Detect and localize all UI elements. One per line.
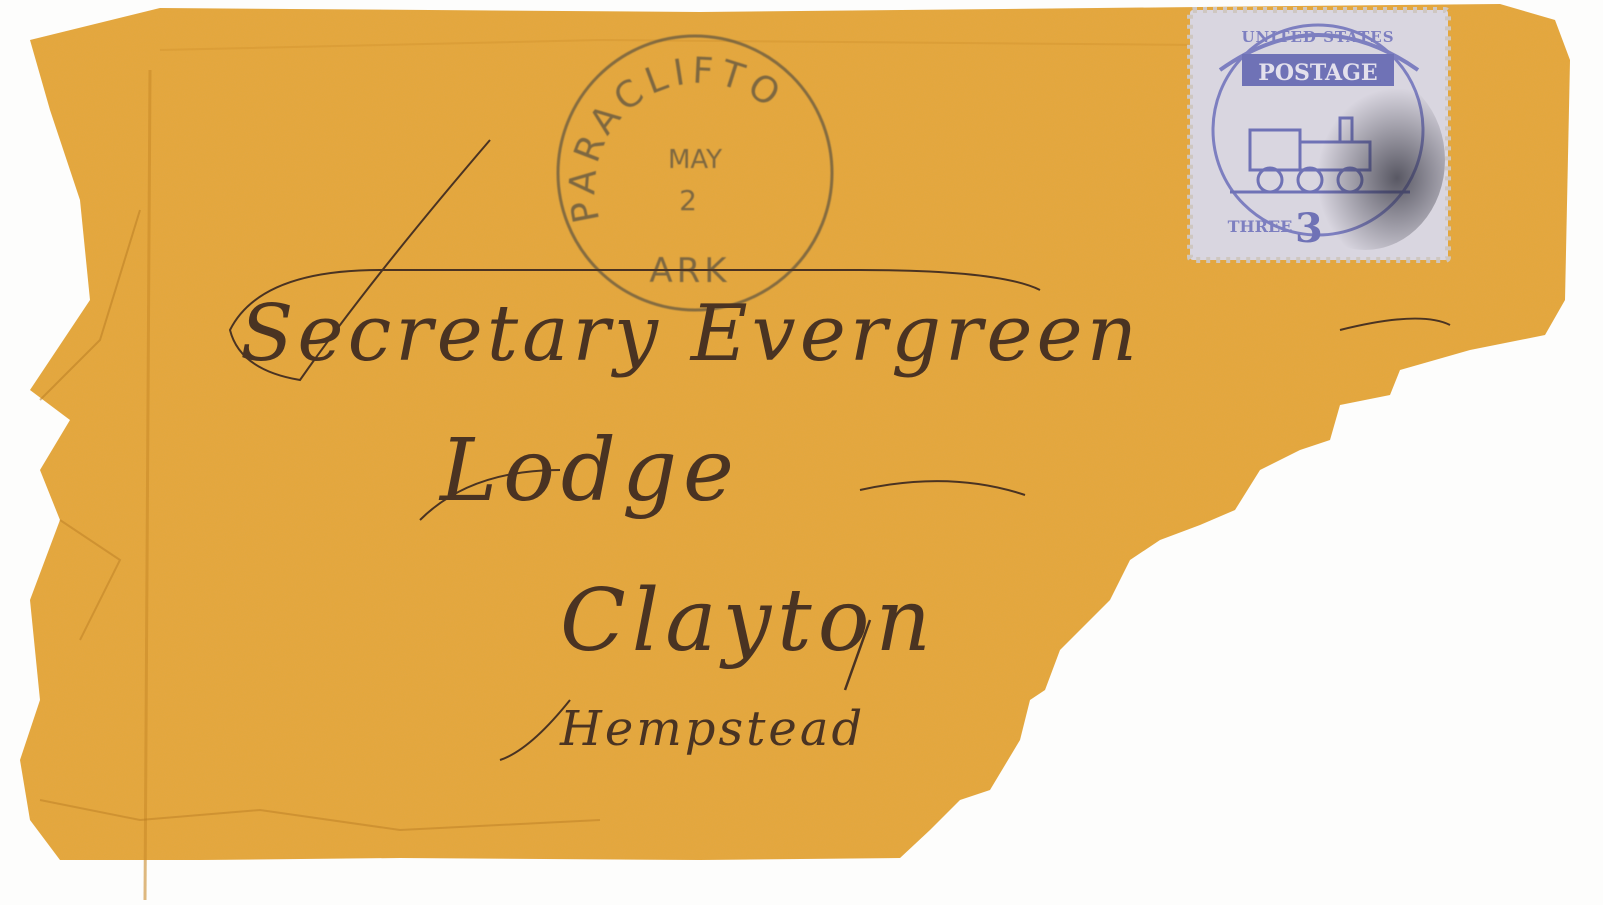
address-line-2: Lodge [438, 421, 740, 521]
address-line-1: Secretary Evergreen [240, 289, 1141, 379]
address-line-4: Hempstead [559, 701, 865, 757]
stamp-top-text: UNITED STATES [1241, 28, 1394, 46]
postmark-month: MAY [668, 145, 722, 175]
postage-stamp: UNITED STATES POSTAGE THREE 3 [1190, 10, 1448, 260]
stamp-bottom-text: THREE [1228, 217, 1293, 236]
address-line-3: Clayton [560, 571, 937, 671]
postmark-day: 2 [679, 184, 697, 217]
envelope-scan: UNITED STATES POSTAGE THREE 3 PARACLIFTO… [0, 0, 1603, 905]
